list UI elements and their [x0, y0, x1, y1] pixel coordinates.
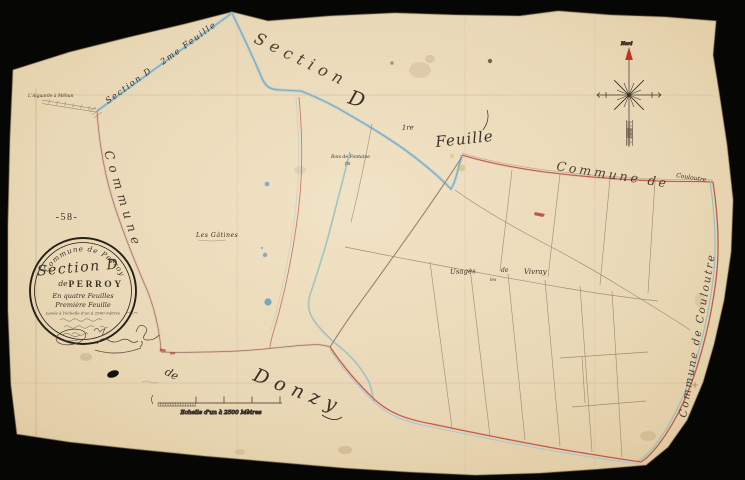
compass-center: [628, 94, 631, 97]
place-gatines: Les Gâtines: [195, 232, 238, 239]
wax-stain: [450, 154, 454, 158]
stain: [338, 446, 352, 454]
stain: [235, 449, 245, 455]
map-sheet: [8, 11, 733, 475]
cartouche-subtitle-1: En quatre Feuilles: [51, 292, 114, 300]
cartouche-subtitle-2: Première Feuille: [54, 301, 111, 309]
cartouche-scale-note: Levée à l'échelle d'un à 2500 mètres: [45, 311, 120, 316]
cadastral-map: Nord Commune de Perroy Section D te de P…: [0, 0, 745, 480]
ink-spot: [488, 59, 492, 63]
place-usages-word1: Usages: [450, 267, 477, 276]
place-usages-word3: Vivray: [524, 268, 548, 276]
stain: [409, 62, 431, 78]
stain: [294, 166, 306, 174]
place-bois-line1: Bois de Fontaine: [330, 154, 370, 160]
scale-label: Echelle d'un à 2500 Mètres: [179, 409, 261, 416]
stain: [425, 55, 435, 63]
graduation-fill: [627, 128, 633, 138]
cartouche-de: de: [58, 279, 68, 288]
feuille-ordinal: 1re: [402, 123, 414, 132]
pond: [261, 247, 263, 249]
stain: [640, 431, 656, 441]
stain: [80, 353, 92, 361]
sheet-number: -58-: [56, 212, 79, 223]
place-usages-les: les: [490, 278, 497, 283]
ink-spot: [390, 61, 394, 65]
place-usages-word2: de: [501, 267, 509, 274]
place-bois-line2: fin: [344, 161, 351, 166]
cartouche-section-sup: te: [110, 257, 117, 265]
cartouche-commune-name: PERROY: [68, 280, 123, 290]
north-label: Nord: [620, 42, 633, 47]
pond: [264, 298, 271, 305]
archive-scan: Nord Commune de Perroy Section D te de P…: [0, 0, 745, 480]
road-destination-note: L'Aiguarde à Méhun: [27, 94, 74, 99]
pond: [263, 253, 267, 257]
pond: [265, 182, 270, 187]
